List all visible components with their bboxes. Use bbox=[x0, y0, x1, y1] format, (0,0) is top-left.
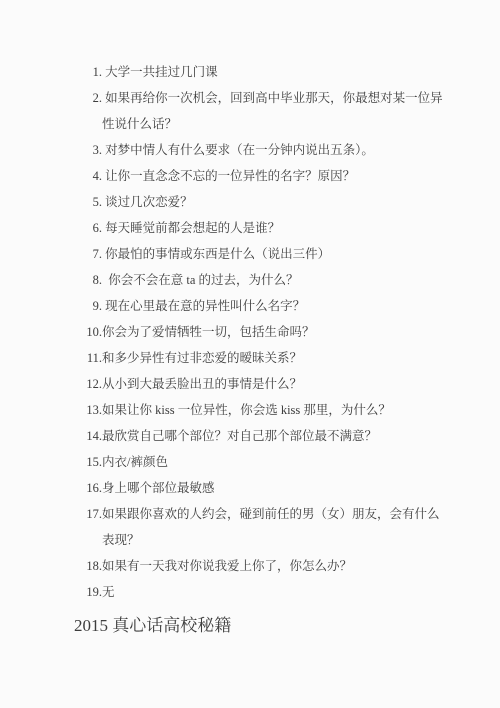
list-item: 4. 让你一直念念不忘的一位异性的名字？原因？ bbox=[78, 163, 450, 189]
list-item: 12. 从小到大最丢脸出丑的事情是什么？ bbox=[78, 371, 450, 397]
list-item-text: 大学一共挂过几门课 bbox=[102, 59, 447, 85]
list-item: 8. 你会不会在意 ta 的过去，为什么？ bbox=[78, 267, 450, 293]
list-item-text: 每天睡觉前都会想起的人是谁？ bbox=[102, 215, 447, 241]
list-item-number: 7. bbox=[78, 241, 102, 267]
list-item-text: 你会为了爱情牺牲一切，包括生命吗？ bbox=[102, 319, 447, 345]
list-item-number: 15. bbox=[78, 449, 102, 475]
list-item: 17. 如果跟你喜欢的人约会，碰到前任的男（女）朋友，会有什么表现？ bbox=[78, 501, 450, 553]
list-item-text: 如果让你 kiss 一位异性，你会选 kiss 那里，为什么？ bbox=[102, 397, 447, 423]
list-item-number: 4. bbox=[78, 163, 102, 189]
list-item: 16. 身上哪个部位最敏感 bbox=[78, 475, 450, 501]
list-item-number: 11. bbox=[78, 345, 102, 371]
list-item-number: 8. bbox=[78, 267, 102, 293]
list-item-number: 12. bbox=[78, 371, 102, 397]
list-item-text: 你会不会在意 ta 的过去，为什么？ bbox=[102, 267, 447, 293]
list-item: 5. 谈过几次恋爱？ bbox=[78, 189, 450, 215]
document-body: 1. 大学一共挂过几门课 2. 如果再给你一次机会，回到高中毕业那天，你最想对某… bbox=[78, 59, 450, 641]
list-item: 2. 如果再给你一次机会，回到高中毕业那天，你最想对某一位异性说什么话？ bbox=[78, 85, 450, 137]
list-item-text: 让你一直念念不忘的一位异性的名字？原因？ bbox=[102, 163, 447, 189]
list-item: 18. 如果有一天我对你说我爱上你了，你怎么办？ bbox=[78, 553, 450, 579]
list-item-number: 16. bbox=[78, 475, 102, 501]
list-item-number: 3. bbox=[78, 137, 102, 163]
list-item-number: 13. bbox=[78, 397, 102, 423]
list-item: 19. 无 bbox=[78, 579, 450, 605]
list-item-text: 谈过几次恋爱？ bbox=[102, 189, 447, 215]
list-item: 6. 每天睡觉前都会想起的人是谁？ bbox=[78, 215, 450, 241]
list-item: 7. 你最怕的事情或东西是什么（说出三件） bbox=[78, 241, 450, 267]
list-item-number: 17. bbox=[78, 501, 102, 527]
list-item: 1. 大学一共挂过几门课 bbox=[78, 59, 450, 85]
list-item-number: 18. bbox=[78, 553, 102, 579]
list-item-number: 19. bbox=[78, 579, 102, 605]
list-item: 10. 你会为了爱情牺牲一切，包括生命吗？ bbox=[78, 319, 450, 345]
list-item-text: 无 bbox=[102, 579, 447, 605]
list-item-text: 身上哪个部位最敏感 bbox=[102, 475, 447, 501]
list-item: 11. 和多少异性有过非恋爱的暧昧关系？ bbox=[78, 345, 450, 371]
list-item-text: 内衣/裤颜色 bbox=[102, 449, 447, 475]
question-list: 1. 大学一共挂过几门课 2. 如果再给你一次机会，回到高中毕业那天，你最想对某… bbox=[78, 59, 450, 605]
list-item-number: 10. bbox=[78, 319, 102, 345]
list-item-number: 6. bbox=[78, 215, 102, 241]
document-footer-title: 2015 真心话高校秘籍 bbox=[74, 611, 450, 641]
list-item-text: 如果跟你喜欢的人约会，碰到前任的男（女）朋友，会有什么表现？ bbox=[102, 501, 447, 553]
list-item-text: 对梦中情人有什么要求（在一分钟内说出五条）。 bbox=[102, 137, 447, 163]
list-item-number: 2. bbox=[78, 85, 102, 111]
list-item-text: 从小到大最丢脸出丑的事情是什么？ bbox=[102, 371, 447, 397]
list-item-number: 9. bbox=[78, 293, 102, 319]
list-item-text: 如果有一天我对你说我爱上你了，你怎么办？ bbox=[102, 553, 447, 579]
list-item: 9. 现在心里最在意的异性叫什么名字？ bbox=[78, 293, 450, 319]
list-item: 3. 对梦中情人有什么要求（在一分钟内说出五条）。 bbox=[78, 137, 450, 163]
list-item: 14. 最欣赏自己哪个部位？对自己那个部位最不满意？ bbox=[78, 423, 450, 449]
document-page: 1. 大学一共挂过几门课 2. 如果再给你一次机会，回到高中毕业那天，你最想对某… bbox=[0, 0, 500, 708]
list-item-number: 5. bbox=[78, 189, 102, 215]
list-item-text: 你最怕的事情或东西是什么（说出三件） bbox=[102, 241, 447, 267]
list-item-number: 14. bbox=[78, 423, 102, 449]
list-item: 13. 如果让你 kiss 一位异性，你会选 kiss 那里，为什么？ bbox=[78, 397, 450, 423]
list-item-text: 最欣赏自己哪个部位？对自己那个部位最不满意？ bbox=[102, 423, 447, 449]
list-item: 15. 内衣/裤颜色 bbox=[78, 449, 450, 475]
list-item-text: 和多少异性有过非恋爱的暧昧关系？ bbox=[102, 345, 447, 371]
list-item-number: 1. bbox=[78, 59, 102, 85]
list-item-text: 如果再给你一次机会，回到高中毕业那天，你最想对某一位异性说什么话？ bbox=[102, 85, 447, 137]
list-item-text: 现在心里最在意的异性叫什么名字？ bbox=[102, 293, 447, 319]
